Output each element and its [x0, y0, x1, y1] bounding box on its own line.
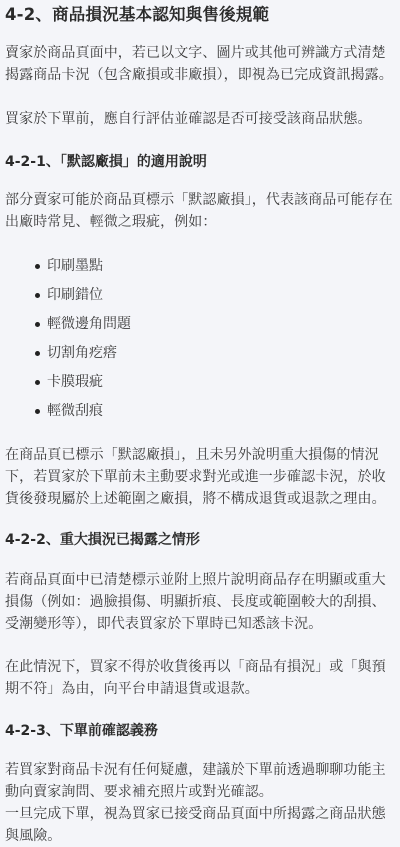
list-item-label: 卡膜瑕疵 [47, 374, 103, 390]
list-item-label: 輕微刮痕 [47, 403, 103, 419]
list-item: 切割角疙瘩 [5, 341, 131, 370]
list-item: 印刷墨點 [5, 254, 131, 283]
list-item: 印刷錯位 [5, 283, 131, 312]
bullet-icon [35, 351, 40, 356]
bullet-icon [35, 380, 40, 385]
list-item: 輕微刮痕 [5, 399, 131, 428]
bullet-icon [35, 264, 40, 269]
list-item-label: 輕微邊角問題 [47, 316, 131, 332]
default-damage-description: 部分賣家可能於商品頁標示「默認廠損」，代表該商品可能存在出廠時常見、輕微之瑕疵，… [5, 189, 397, 233]
list-item: 卡膜瑕疵 [5, 370, 131, 399]
list-item-label: 印刷墨點 [47, 258, 103, 274]
section-title: 4-2、商品損況基本認知與售後規範 [5, 4, 269, 26]
default-damage-no-refund-paragraph: 在商品頁已標示「默認廠損」，且未另外說明重大損傷的情況下，若買家於下單前未主動要… [5, 444, 397, 510]
pre-order-inquiry-paragraph: 若買家對商品卡況有任何疑慮，建議於下單前透過聊聊功能主動向賣家詢問、要求補充照片… [5, 759, 397, 803]
list-item: 輕微邊角問題 [5, 312, 131, 341]
subsection-title-pre-order-confirmation: 4-2-3、下單前確認義務 [5, 721, 158, 741]
order-acceptance-paragraph: 一旦完成下單，視為買家已接受商品頁面中所揭露之商品狀態與風險。 [5, 803, 397, 847]
major-damage-description: 若商品頁面中已清楚標示並附上照片說明商品存在明顯或重大損傷（例如：過臉損傷、明顯… [5, 569, 397, 635]
intro-paragraph-buyer-evaluation: 買家於下單前，應自行評估並確認是否可接受該商品狀態。 [5, 108, 397, 130]
major-damage-no-refund-paragraph: 在此情況下，買家不得於收貨後再以「商品有損況」或「與預期不符」為由，向平台申請退… [5, 656, 397, 700]
subsection-title-default-damage: 4-2-1、「默認廠損」的適用說明 [5, 152, 207, 172]
bullet-icon [35, 409, 40, 414]
list-item-label: 印刷錯位 [47, 287, 103, 303]
bullet-icon [35, 322, 40, 327]
defect-example-list: 印刷墨點 印刷錯位 輕微邊角問題 切割角疙瘩 卡膜瑕疵 輕微刮痕 [5, 254, 131, 428]
bullet-icon [35, 293, 40, 298]
subsection-title-major-damage-disclosed: 4-2-2、重大損況已揭露之情形 [5, 530, 200, 550]
intro-paragraph-disclosure: 賣家於商品頁面中，若已以文字、圖片或其他可辨識方式清楚揭露商品卡況（包含廠損或非… [5, 42, 397, 86]
list-item-label: 切割角疙瘩 [47, 345, 117, 361]
